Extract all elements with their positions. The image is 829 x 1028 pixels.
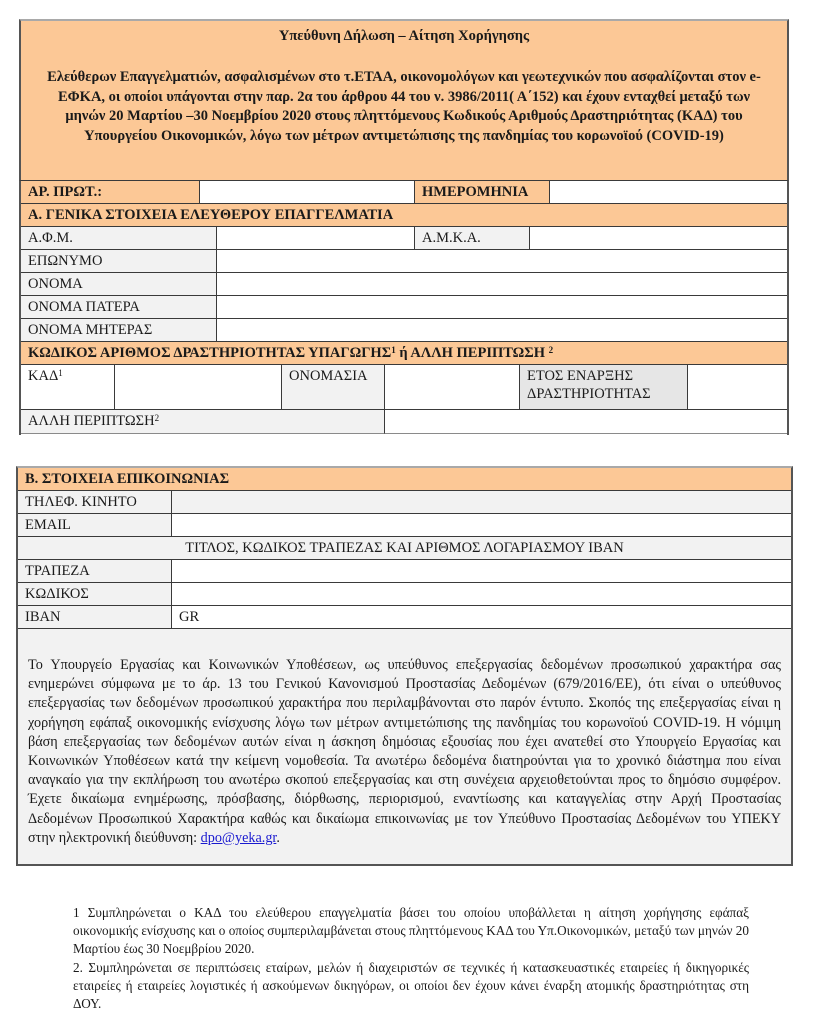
- start-year-label: ΕΤΟΣ ΕΝΑΡΞΗΣ ΔΡΑΣΤΗΡΙΟΤΗΤΑΣ: [520, 365, 688, 410]
- footnote-2: 2. Συμπληρώνεται σε περιπτώσεις εταίρων,…: [73, 959, 749, 1014]
- kad-name-label: ΟΝΟΜΑΣΙΑ: [282, 365, 385, 410]
- other-case-field[interactable]: [385, 410, 787, 434]
- bank-section-header: ΤΙΤΛΟΣ, ΚΩΔΙΚΟΣ ΤΡΑΠΕΖΑΣ ΚΑΙ ΑΡΙΘΜΟΣ ΛΟΓ…: [18, 537, 791, 560]
- iban-field[interactable]: GR: [172, 606, 791, 629]
- footnotes: 1 Συμπληρώνεται ο ΚΑΔ του ελεύθερου επαγ…: [73, 904, 749, 1013]
- phone-field[interactable]: [172, 491, 791, 514]
- kad-title-main: ΚΩΔΙΚΟΣ ΑΡΙΘΜΟΣ ΔΡΑΣΤΗΡΙΟΤΗΤΑΣ ΥΠΑΓΩΓΗΣ: [28, 345, 391, 361]
- email-field[interactable]: [172, 514, 791, 537]
- iban-label: IBAN: [18, 606, 172, 629]
- protocol-number-label: ΑΡ. ΠΡΩΤ.:: [21, 181, 200, 204]
- email-label: EMAIL: [18, 514, 172, 537]
- form-title: Υπεύθυνη Δήλωση – Αίτηση Χορήγησης: [21, 28, 787, 45]
- bank-code-label: ΚΩΔΙΚΟΣ: [18, 583, 172, 606]
- kad-name-field[interactable]: [385, 365, 520, 410]
- section-b-table: Β. ΣΤΟΙΧΕΙΑ ΕΠΙΚΟΙΝΩΝΙΑΣ ΤΗΛΕΦ. ΚΙΝΗΤΟ E…: [16, 466, 793, 866]
- kad-title-footnote-2: 2: [549, 345, 554, 355]
- kad-title-footnote-1: 1: [391, 345, 396, 355]
- bank-field[interactable]: [172, 560, 791, 583]
- amka-field[interactable]: [530, 227, 787, 250]
- section-a-table: ΑΡ. ΠΡΩΤ.: ΗΜΕΡΟΜΗΝΙΑ Α. ΓΕΝΙΚΑ ΣΤΟΙΧΕΙΑ…: [19, 181, 789, 435]
- kad-label: ΚΑΔ1: [21, 365, 115, 410]
- phone-label: ΤΗΛΕΦ. ΚΙΝΗΤΟ: [18, 491, 172, 514]
- dpo-email-link[interactable]: dpo@yeka.gr: [201, 830, 277, 846]
- other-case-label: ΑΛΛΗ ΠΕΡΙΠΤΩΣΗ2: [21, 410, 385, 434]
- protocol-number-field[interactable]: [200, 181, 415, 204]
- surname-label: ΕΠΩΝΥΜΟ: [21, 250, 217, 273]
- afm-field[interactable]: [217, 227, 415, 250]
- footnote-1: 1 Συμπληρώνεται ο ΚΑΔ του ελεύθερου επαγ…: [73, 904, 749, 959]
- form-subtitle: Ελεύθερων Επαγγελματιών, ασφαλισμένων στ…: [41, 68, 767, 146]
- bank-label: ΤΡΑΠΕΖΑ: [18, 560, 172, 583]
- kad-title-mid: ή ΑΛΛΗ ΠΕΡΙΠΤΩΣΗ: [396, 345, 549, 361]
- first-name-field[interactable]: [217, 273, 787, 296]
- start-year-field[interactable]: [688, 365, 787, 410]
- privacy-notice: Το Υπουργείο Εργασίας και Κοινωνικών Υπο…: [28, 656, 781, 848]
- kad-field[interactable]: [115, 365, 282, 410]
- afm-label: Α.Φ.Μ.: [21, 227, 217, 250]
- form-header: Υπεύθυνη Δήλωση – Αίτηση Χορήγησης Ελεύθ…: [19, 19, 789, 181]
- surname-field[interactable]: [217, 250, 787, 273]
- kad-section-title: ΚΩΔΙΚΟΣ ΑΡΙΘΜΟΣ ΔΡΑΣΤΗΡΙΟΤΗΤΑΣ ΥΠΑΓΩΓΗΣ1…: [21, 342, 787, 365]
- section-b-title: Β. ΣΤΟΙΧΕΙΑ ΕΠΙΚΟΙΝΩΝΙΑΣ: [18, 468, 791, 491]
- mother-name-label: ΟΝΟΜΑ ΜΗΤΕΡΑΣ: [21, 319, 217, 342]
- father-name-label: ΟΝΟΜΑ ΠΑΤΕΡΑ: [21, 296, 217, 319]
- date-label: ΗΜΕΡΟΜΗΝΙΑ: [415, 181, 550, 204]
- bank-code-field[interactable]: [172, 583, 791, 606]
- date-field[interactable]: [550, 181, 787, 204]
- first-name-label: ΟΝΟΜΑ: [21, 273, 217, 296]
- father-name-field[interactable]: [217, 296, 787, 319]
- privacy-text: Το Υπουργείο Εργασίας και Κοινωνικών Υπο…: [28, 657, 781, 846]
- amka-label: Α.Μ.Κ.Α.: [415, 227, 530, 250]
- mother-name-field[interactable]: [217, 319, 787, 342]
- section-a-title: Α. ΓΕΝΙΚΑ ΣΤΟΙΧΕΙΑ ΕΛΕΥΘΕΡΟΥ ΕΠΑΓΓΕΛΜΑΤΙ…: [21, 204, 787, 227]
